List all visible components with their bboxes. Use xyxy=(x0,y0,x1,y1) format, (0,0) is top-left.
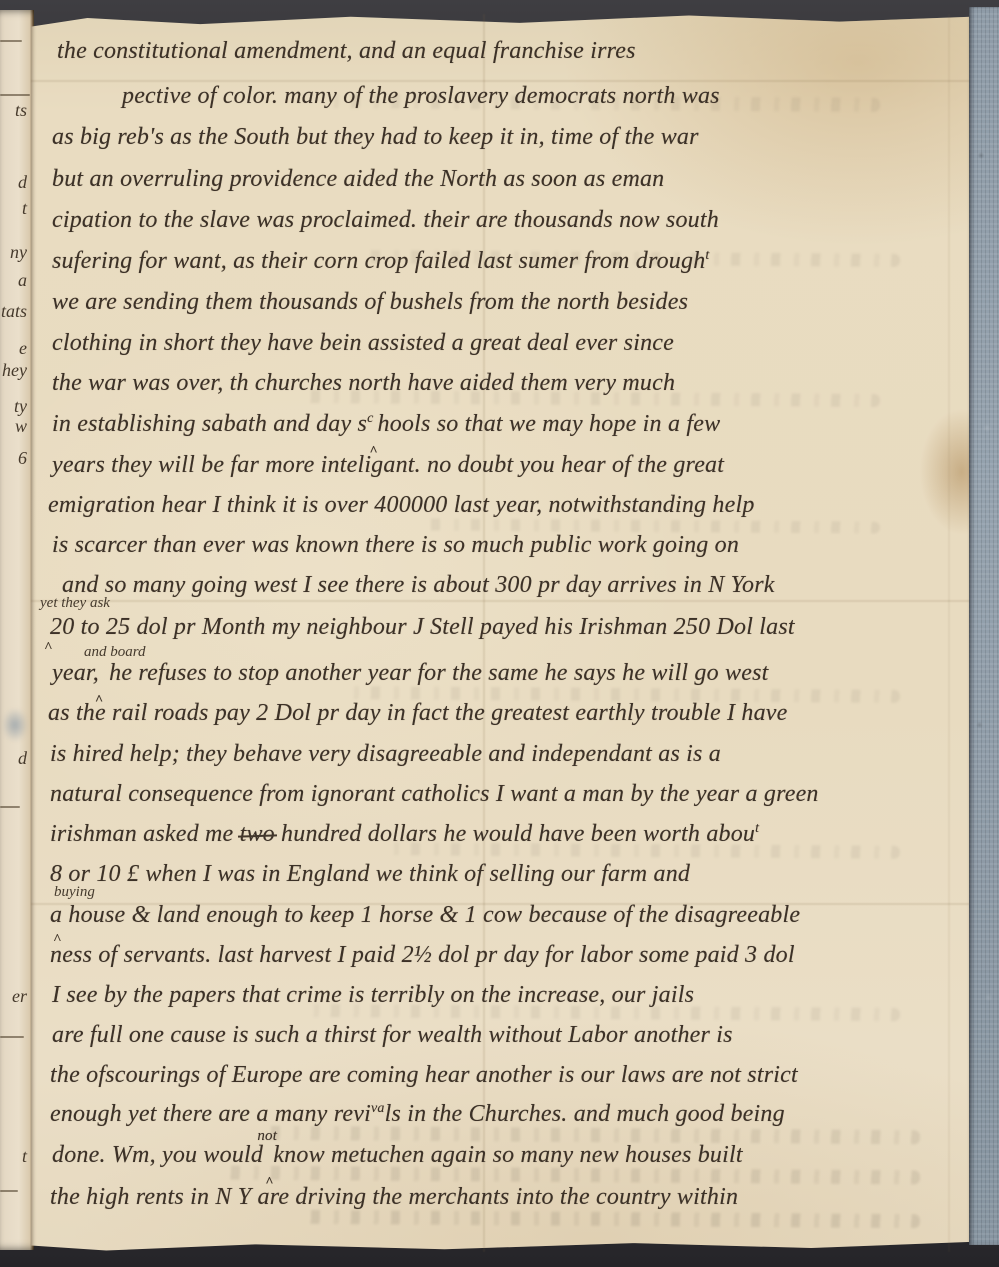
letter-line: cipation to the slave was proclaimed. th… xyxy=(52,207,719,234)
letter-line: is hired help; they behave very disagree… xyxy=(50,741,721,768)
inserted-letter: c xyxy=(367,411,373,426)
binding-strip xyxy=(969,7,999,1245)
margin-fragment: d xyxy=(0,748,27,769)
line-text: year, xyxy=(52,660,99,686)
letter-line: the ofscourings of Europe are coming hea… xyxy=(50,1062,798,1089)
fold-crease xyxy=(0,40,22,42)
letter-line: 8 or 10 £ when I was in England we think… xyxy=(50,861,690,888)
line-text: he refuses to stop another year for the … xyxy=(103,660,769,686)
adjacent-page-sliver: ts d t ny a tats e hey ty w 6 d er t xyxy=(0,10,34,1250)
fold-crease xyxy=(0,94,30,96)
fold-crease xyxy=(948,14,950,1252)
letter-line: emigration hear I think it is over 40000… xyxy=(48,492,755,519)
letter-line: natural consequence from ignorant cathol… xyxy=(50,781,819,808)
margin-fragment: a xyxy=(0,270,27,291)
interlined-insertion: buying xyxy=(54,884,95,901)
line-text: done. Wm, you would xyxy=(52,1142,269,1168)
caret-icon: ^ xyxy=(44,640,53,657)
letter-line: as the rail roads pay 2 Dol pr day in fa… xyxy=(48,700,788,727)
margin-fragment: t xyxy=(0,198,27,219)
letter-line: is scarcer than ever was known there is … xyxy=(52,532,739,559)
margin-fragment: ty xyxy=(0,396,27,417)
letter-line: done. Wm, you would not^know metuchen ag… xyxy=(52,1142,743,1169)
margin-fragment: e xyxy=(0,338,27,359)
letter-line: ness of servants. last harvest I paid 2½… xyxy=(50,942,795,969)
letter-line: years they will be far more inteligant. … xyxy=(52,452,724,479)
line-text: hools so that we may hope in a few xyxy=(378,411,721,437)
fold-crease xyxy=(31,80,971,82)
fold-crease xyxy=(0,806,20,808)
superscript: t xyxy=(705,248,709,263)
letter-line: but an overruling providence aided the N… xyxy=(52,166,664,193)
line-text: know metuchen again so many new houses b… xyxy=(273,1142,742,1168)
letter-line: I see by the papers that crime is terrib… xyxy=(52,982,694,1009)
letter-line: clothing in short they have bein assiste… xyxy=(52,330,674,357)
letter-line: sufering for want, as their corn crop fa… xyxy=(52,248,710,275)
letter-line: pective of color. many of the proslavery… xyxy=(122,83,720,110)
line-text: enough yet there are a many revi xyxy=(50,1101,371,1127)
interlined-insertion: and board xyxy=(84,644,146,661)
letter-line: we are sending them thousands of bushels… xyxy=(52,289,688,316)
interlined-insertion: yet they ask xyxy=(40,595,110,612)
letter-line: are full one cause is such a thirst for … xyxy=(52,1022,733,1049)
letter-line: irishman asked me two hundred dollars he… xyxy=(50,821,759,848)
line-text: irishman asked me xyxy=(50,821,240,847)
line-text: sufering for want, as their corn crop fa… xyxy=(52,248,705,274)
margin-fragment: ny xyxy=(0,242,27,263)
letter-line: year,^ he refuses to stop another year f… xyxy=(52,660,769,687)
ink-smudge xyxy=(2,708,28,742)
letter-line: as big reb's as the South but they had t… xyxy=(52,124,699,151)
letter-line: and so many going west I see there is ab… xyxy=(62,572,775,599)
letter-line: a house & land enough to keep 1 horse & … xyxy=(50,902,800,929)
letter-line: the constitutional amendment, and an equ… xyxy=(57,38,636,65)
fold-crease xyxy=(31,600,971,602)
letter-line: 20 to 25 dol pr Month my neighbour J Ste… xyxy=(50,614,795,641)
letter-line: the high rents in N Y are driving the me… xyxy=(50,1184,738,1211)
letter-line: in establishing sabath and day sc^hools … xyxy=(52,411,720,438)
margin-fragment: ts xyxy=(0,100,27,121)
interlined-word: not xyxy=(257,1128,277,1145)
margin-fragment: hey xyxy=(0,360,27,381)
margin-fragment: 6 xyxy=(0,448,27,469)
margin-fragment: er xyxy=(0,986,27,1007)
fold-crease xyxy=(0,1036,24,1038)
superscript: t xyxy=(755,821,759,836)
letter-line: the war was over, th churches north have… xyxy=(52,370,675,397)
line-text: hundred dollars he would have been worth… xyxy=(275,821,755,847)
struck-word: two xyxy=(240,821,275,847)
margin-fragment: w xyxy=(0,416,27,437)
line-text: in establishing sabath and day s xyxy=(52,411,367,437)
line-text: ls in the Churches. and much good being xyxy=(385,1101,785,1127)
margin-fragment: t xyxy=(0,1146,27,1167)
letter-scan: ts d t ny a tats e hey ty w 6 d er t the… xyxy=(0,0,999,1267)
inserted-letters: va xyxy=(371,1101,385,1116)
margin-fragment: d xyxy=(0,172,27,193)
margin-fragment: tats xyxy=(0,301,27,322)
fold-crease xyxy=(0,1190,18,1192)
letter-line: enough yet there are a many revivals in … xyxy=(50,1101,785,1128)
